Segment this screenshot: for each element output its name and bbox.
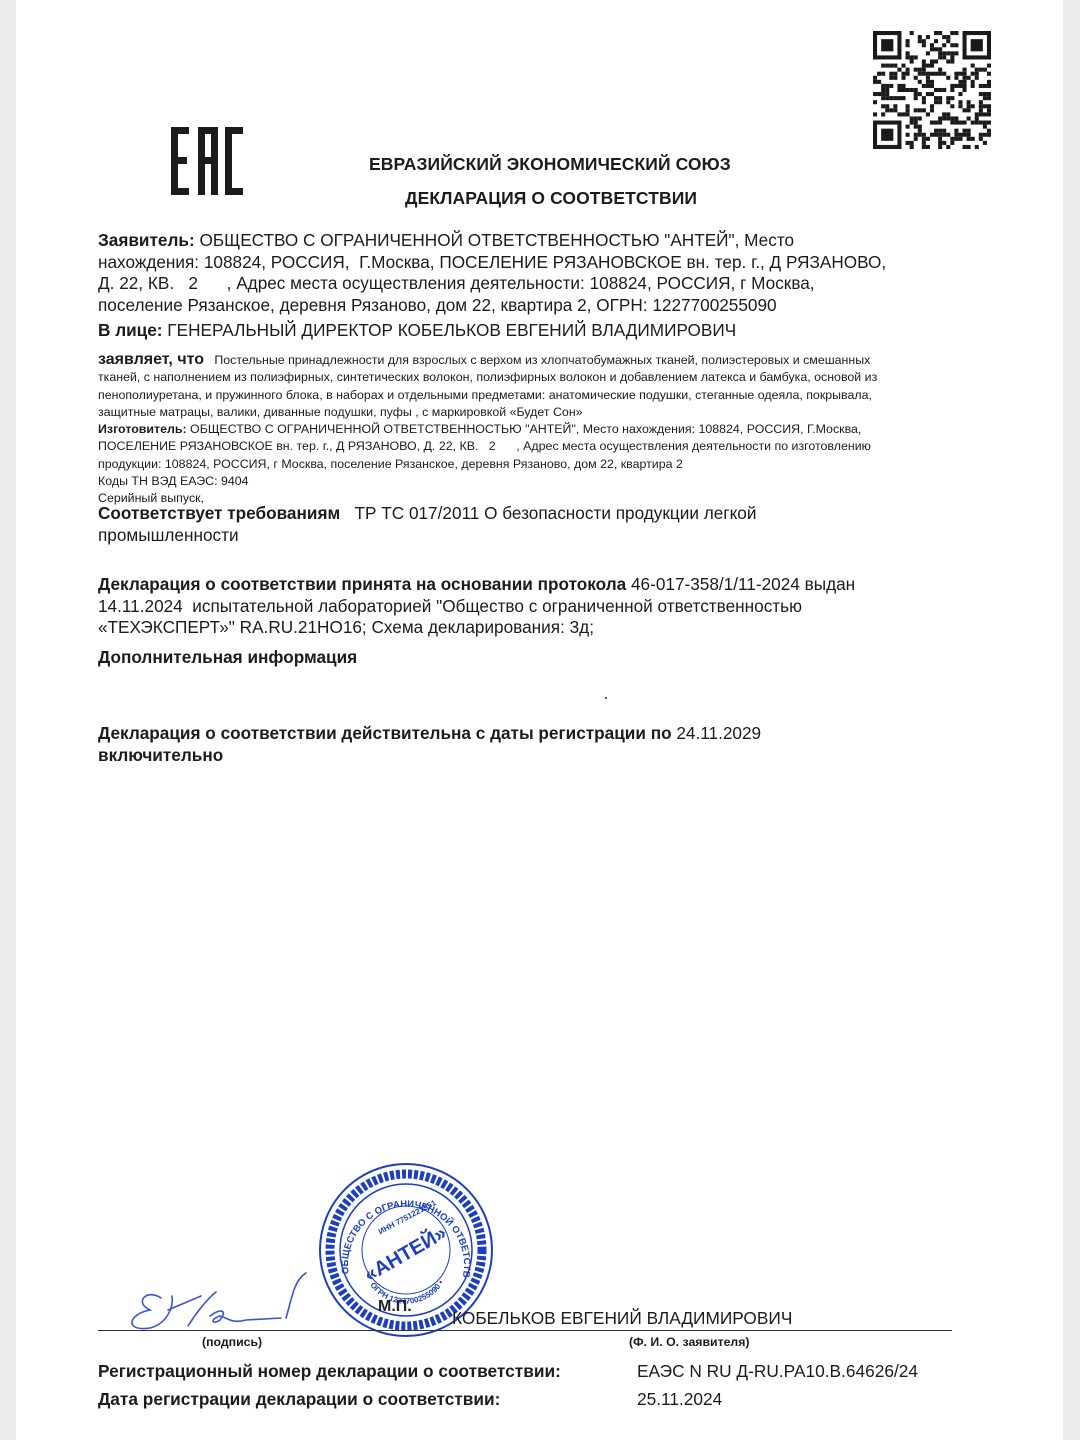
handwritten-signature-icon — [116, 1258, 316, 1338]
declaration-page: ЕВРАЗИЙСКИЙ ЭКОНОМИЧЕСКИЙ СОЮЗ ДЕКЛАРАЦИ… — [16, 0, 1063, 1440]
name-caption: (Ф. И. О. заявителя) — [629, 1335, 750, 1349]
svg-text:«АНТЕЙ»: «АНТЕЙ» — [360, 1220, 451, 1286]
applicant-line: ОБЩЕСТВО С ОГРАНИЧЕННОЙ ОТВЕТСТВЕННОСТЬЮ… — [195, 230, 794, 250]
declares-line: защитные матрацы, валики, диванные подуш… — [98, 404, 998, 421]
manufacturer-label: Изготовитель: — [98, 422, 187, 436]
applicant-line: поселение Рязанское, деревня Рязаново, д… — [98, 295, 998, 317]
seal-place-mark: М.П. — [378, 1298, 412, 1316]
basis-line: 46-017-358/1/11-2024 выдан — [626, 574, 855, 594]
signature-caption: (подпись) — [202, 1335, 262, 1349]
basis-line: «ТЕХЭКСПЕРТ»" RA.RU.21НО16; Схема деклар… — [98, 617, 998, 639]
signature-line — [98, 1330, 952, 1331]
validity-date: 24.11.2029 — [672, 723, 762, 743]
registration-date: 25.11.2024 — [637, 1389, 722, 1410]
qr-code-icon[interactable] — [873, 31, 991, 149]
union-heading: ЕВРАЗИЙСКИЙ ЭКОНОМИЧЕСКИЙ СОЮЗ — [369, 154, 731, 175]
additional-info: Дополнительная информация — [98, 647, 998, 669]
manufacturer-line: продукции: 108824, РОССИЯ, г Москва, пос… — [98, 456, 998, 473]
document-title: ДЕКЛАРАЦИЯ О СООТВЕТСТВИИ — [405, 188, 697, 209]
applicant-label: Заявитель: — [98, 230, 195, 250]
basis-line: 14.11.2024 испытательной лабораторией "О… — [98, 596, 998, 618]
complies-line: ТР ТС 017/2011 О безопасности продукции … — [340, 503, 756, 523]
validity-suffix: включительно — [98, 745, 223, 765]
registration-number: ЕАЭС N RU Д-RU.РА10.В.64626/24 — [637, 1361, 918, 1382]
validity-label: Декларация о соответствии действительна … — [98, 723, 672, 743]
manufacturer-line: ОБЩЕСТВО С ОГРАНИЧЕННОЙ ОТВЕТСТВЕННОСТЬЮ… — [187, 422, 862, 436]
eac-mark-icon — [171, 127, 245, 195]
product-description: заявляет, что Постельные принадлежности … — [98, 351, 998, 508]
registration-number-label: Регистрационный номер декларации о соотв… — [98, 1361, 561, 1382]
represented-by: В лице: ГЕНЕРАЛЬНЫЙ ДИРЕКТОР КОБЕЛЬКОВ Е… — [98, 320, 998, 342]
applicant-name: КОБЕЛЬКОВ ЕВГЕНИЙ ВЛАДИМИРОВИЧ — [452, 1308, 792, 1329]
declares-line: Постельные принадлежности для взрослых с… — [204, 353, 870, 367]
declares-label: заявляет, что — [98, 351, 204, 368]
applicant-line: нахождения: 108824, РОССИЯ, Г.Москва, ПО… — [98, 252, 998, 274]
represented-by-value: ГЕНЕРАЛЬНЫЙ ДИРЕКТОР КОБЕЛЬКОВ ЕВГЕНИЙ В… — [163, 320, 737, 340]
applicant-block: Заявитель: ОБЩЕСТВО С ОГРАНИЧЕННОЙ ОТВЕТ… — [98, 230, 998, 316]
declares-line: тканей, с наполнением из полиэфирных, си… — [98, 369, 998, 386]
validity-block: Декларация о соответствии действительна … — [98, 723, 998, 766]
tn-ved-codes: Коды ТН ВЭД ЕАЭС: 9404 — [98, 473, 998, 490]
complies-block: Соответствует требованиям ТР ТС 017/2011… — [98, 503, 998, 546]
speck — [605, 697, 607, 699]
manufacturer-line: ПОСЕЛЕНИЕ РЯЗАНОВСКОЕ вн. тер. г., Д РЯЗ… — [98, 438, 998, 455]
complies-label: Соответствует требованиям — [98, 503, 340, 523]
represented-by-label: В лице: — [98, 320, 163, 340]
registration-date-label: Дата регистрации декларации о соответств… — [98, 1389, 500, 1410]
basis-label: Декларация о соответствии принята на осн… — [98, 574, 626, 594]
additional-info-label: Дополнительная информация — [98, 647, 357, 667]
basis-block: Декларация о соответствии принята на осн… — [98, 574, 998, 639]
complies-line: промышленности — [98, 525, 998, 547]
declares-line: пенополиуретана, и пружинного блока, в н… — [98, 387, 998, 404]
applicant-line: Д. 22, КВ. 2 , Адрес места осуществления… — [98, 273, 998, 295]
